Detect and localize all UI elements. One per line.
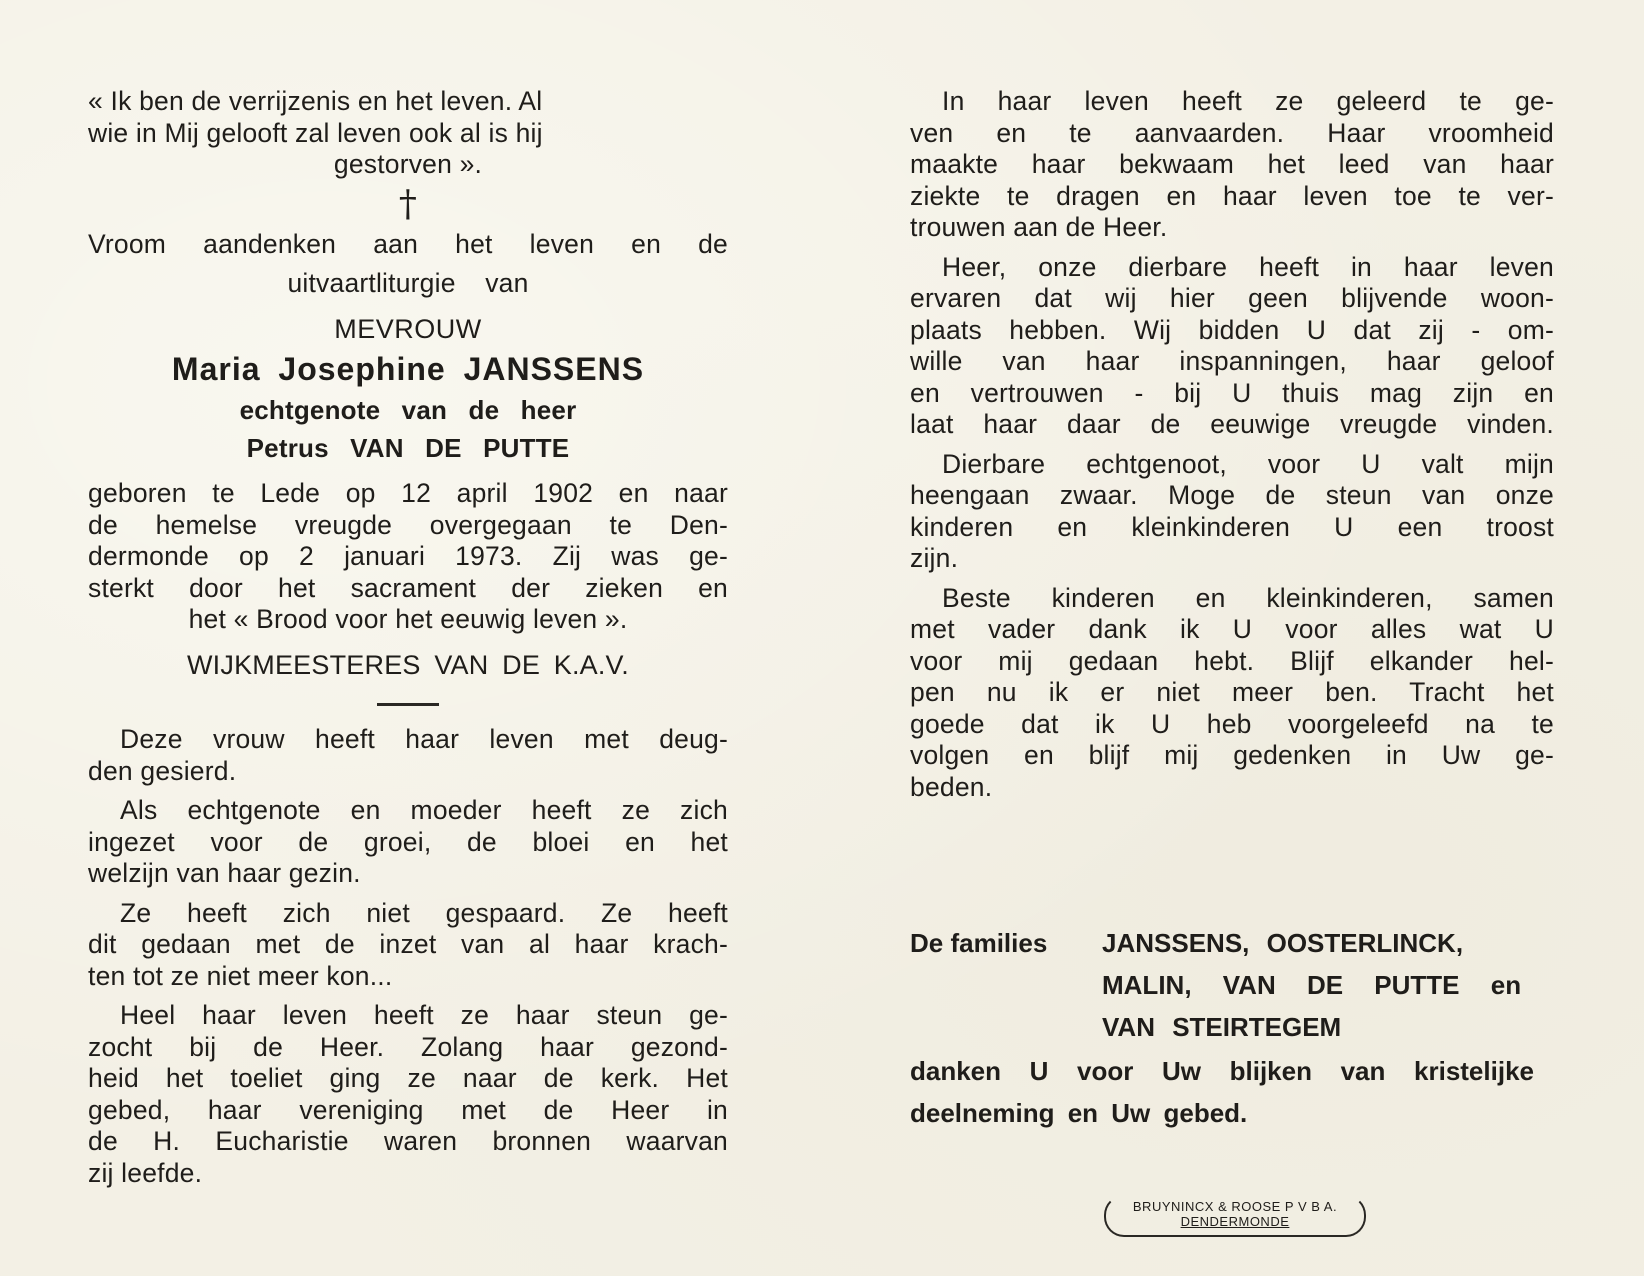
families-row: MALIN, VAN DE PUTTE en: [910, 964, 1570, 1006]
families-row: VAN STEIRTEGEM: [910, 1006, 1570, 1048]
text-line: wille van haar inspanningen, haar geloof: [910, 346, 1554, 378]
right-page: In haar leven heeft ze geleerd te ge- ve…: [910, 86, 1554, 803]
text-line: dit gedaan met de inzet van al haar krac…: [88, 929, 728, 961]
family-thanks: De families JANSSENS, OOSTERLINCK, MALIN…: [910, 922, 1570, 1134]
text-line: Als echtgenote en moeder heeft ze zich: [88, 795, 728, 827]
text-line: goede dat ik U heb voorgeleefd na te: [910, 709, 1554, 741]
prayer-paragraph: Heer, onze dierbare heeft in haar leven …: [910, 252, 1554, 441]
intro-line: Vroom aandenken aan het leven en de: [88, 229, 728, 261]
text-line: voor mij gedaan hebt. Blijf elkander hel…: [910, 646, 1554, 678]
bio-line: het « Brood voor het eeuwig leven ».: [88, 604, 728, 636]
text-line: plaats hebben. Wij bidden U dat zij - om…: [910, 315, 1554, 347]
text-line: heid het toeliet ging ze naar de kerk. H…: [88, 1063, 728, 1095]
divider: [377, 703, 439, 706]
printer-imprint: BRUYNINCX & ROOSE P V B A. DENDERMONDE: [1104, 1195, 1366, 1237]
text-line: Beste kinderen en kleinkinderen, samen: [910, 583, 1554, 615]
text-line: ingezet voor de groei, de bloei en het: [88, 827, 728, 859]
bio-line: geboren te Lede op 12 april 1902 en naar: [88, 478, 728, 510]
text-line: Deze vrouw heeft haar leven met deug-: [88, 724, 728, 756]
text-line: zijn.: [910, 543, 1554, 575]
tribute-paragraph: Als echtgenote en moeder heeft ze zich i…: [88, 795, 728, 890]
text-line: beden.: [910, 772, 1554, 804]
thanks-line: danken U voor Uw blijken van kristelijke: [910, 1050, 1534, 1092]
cross-icon: †: [88, 185, 728, 225]
quote-line: gestorven ».: [88, 149, 728, 181]
quote-line: « Ik ben de verrijzenis en het leven. Al: [88, 86, 728, 118]
text-line: Heer, onze dierbare heeft in haar leven: [910, 252, 1554, 284]
text-line: ven en te aanvaarden. Haar vroomheid: [910, 118, 1554, 150]
scripture-quote: « Ik ben de verrijzenis en het leven. Al…: [88, 86, 728, 181]
family-names-line: MALIN, VAN DE PUTTE en: [1102, 964, 1521, 1006]
tribute-paragraph: Heel haar leven heeft ze haar steun ge- …: [88, 1000, 728, 1189]
spacer: [910, 1006, 1102, 1048]
printer-name: BRUYNINCX & ROOSE P V B A.: [1106, 1199, 1364, 1214]
text-line: laat haar daar de eeuwige vreugde vinden…: [910, 409, 1554, 441]
quote-line: wie in Mij gelooft zal leven ook al is h…: [88, 118, 728, 150]
spouse-relation: echtgenote van de heer: [88, 395, 728, 427]
text-line: kinderen en kleinkinderen U een troost: [910, 512, 1554, 544]
intro: Vroom aandenken aan het leven en de uitv…: [88, 229, 728, 300]
text-line: zij leefde.: [88, 1158, 728, 1190]
text-line: gebed, haar vereniging met de Heer in: [88, 1095, 728, 1127]
tribute-paragraph: Deze vrouw heeft haar leven met deug- de…: [88, 724, 728, 787]
left-page: « Ik ben de verrijzenis en het leven. Al…: [88, 86, 728, 1189]
text-line: trouwen aan de Heer.: [910, 212, 1554, 244]
text-line: pen nu ik er niet meer ben. Tracht het: [910, 677, 1554, 709]
text-line: met vader dank ik U voor alles wat U: [910, 614, 1554, 646]
bio-line: de hemelse vreugde overgegaan te Den-: [88, 510, 728, 542]
text-line: heengaan zwaar. Moge de steun van onze: [910, 480, 1554, 512]
deceased-name: Maria Josephine JANSSENS: [88, 349, 728, 389]
text-line: de H. Eucharistie waren bronnen waarvan: [88, 1126, 728, 1158]
text-line: welzijn van haar gezin.: [88, 858, 728, 890]
family-names-line: JANSSENS, OOSTERLINCK,: [1102, 922, 1463, 964]
biography: geboren te Lede op 12 april 1902 en naar…: [88, 478, 728, 636]
tribute-paragraph: Ze heeft zich niet gespaard. Ze heeft di…: [88, 898, 728, 993]
prayer-paragraph: In haar leven heeft ze geleerd te ge- ve…: [910, 86, 1554, 244]
spouse-name: Petrus VAN DE PUTTE: [88, 433, 728, 465]
printer-city: DENDERMONDE: [1106, 1214, 1364, 1229]
prayer-paragraph: Dierbare echtgenoot, voor U valt mijn he…: [910, 449, 1554, 575]
families-label: De families: [910, 922, 1102, 964]
text-line: ervaren dat wij hier geen blijvende woon…: [910, 283, 1554, 315]
role-title: WIJKMEESTERES VAN DE K.A.V.: [88, 650, 728, 682]
text-line: In haar leven heeft ze geleerd te ge-: [910, 86, 1554, 118]
text-line: Ze heeft zich niet gespaard. Ze heeft: [88, 898, 728, 930]
text-line: en vertrouwen - bij U thuis mag zijn en: [910, 378, 1554, 410]
text-line: ten tot ze niet meer kon...: [88, 961, 728, 993]
family-names-line: VAN STEIRTEGEM: [1102, 1006, 1341, 1048]
bio-line: dermonde op 2 januari 1973. Zij was ge-: [88, 541, 728, 573]
intro-line: uitvaartliturgie van: [88, 268, 728, 300]
text-line: Dierbare echtgenoot, voor U valt mijn: [910, 449, 1554, 481]
text-line: den gesierd.: [88, 756, 728, 788]
families-row: De families JANSSENS, OOSTERLINCK,: [910, 922, 1570, 964]
bio-line: sterkt door het sacrament der zieken en: [88, 573, 728, 605]
text-line: volgen en blijf mij gedenken in Uw ge-: [910, 740, 1554, 772]
text-line: Heel haar leven heeft ze haar steun ge-: [88, 1000, 728, 1032]
spacer: [910, 964, 1102, 1006]
text-line: ziekte te dragen en haar leven toe te ve…: [910, 181, 1554, 213]
text-line: maakte haar bekwaam het leed van haar: [910, 149, 1554, 181]
text-line: zocht bij de Heer. Zolang haar gezond-: [88, 1032, 728, 1064]
thanks-line: deelneming en Uw gebed.: [910, 1092, 1570, 1134]
honorific-title: MEVROUW: [88, 314, 728, 346]
prayer-paragraph: Beste kinderen en kleinkinderen, samen m…: [910, 583, 1554, 804]
